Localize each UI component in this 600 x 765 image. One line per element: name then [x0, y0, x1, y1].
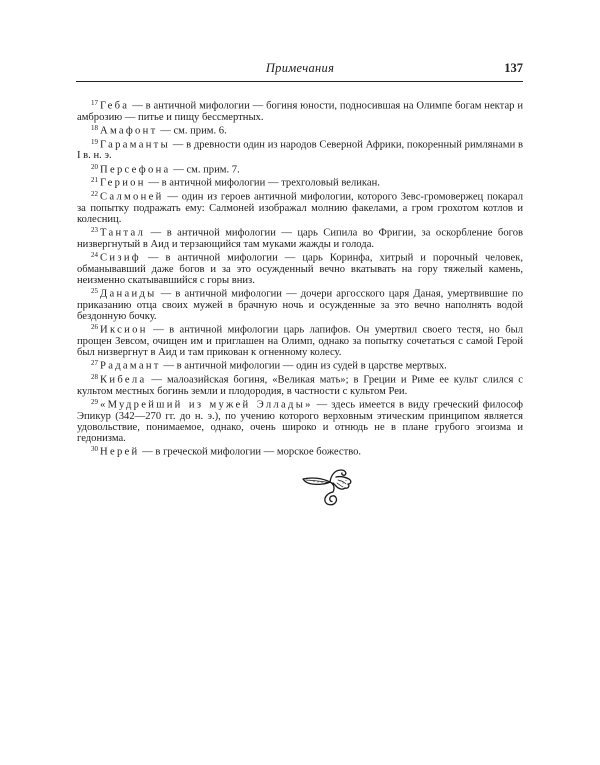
note-number: 23 — [91, 226, 98, 234]
note-17: 17Геба — в античной мифологии — богиня ю… — [77, 98, 523, 123]
note-30: 30Нерей — в греческой мифологии — морско… — [77, 444, 523, 458]
note-21: 21Герион — в античной мифологии — трехго… — [77, 175, 523, 189]
note-number: 25 — [91, 287, 98, 295]
note-headword: «Мудрейший из мужей Эллады» — [100, 399, 313, 410]
note-headword: Данаиды — [100, 289, 157, 300]
note-headword: Салмоней — [100, 191, 164, 202]
acanthus-ornament-icon — [300, 466, 354, 508]
note-number: 22 — [91, 190, 98, 198]
running-head: Примечания 137 — [77, 60, 523, 78]
note-text: — в античной мифологии — царь Коринфа, х… — [77, 252, 523, 285]
note-number: 18 — [91, 124, 98, 132]
note-text: — в античной мифологии — богиня юности, … — [77, 101, 523, 123]
running-title: Примечания — [77, 61, 523, 76]
note-20: 20Персефона — см. прим. 7. — [77, 162, 523, 176]
note-number: 27 — [91, 359, 98, 367]
note-text: — см. прим. 7. — [171, 164, 240, 175]
note-number: 19 — [91, 138, 98, 146]
note-headword: Герион — [100, 178, 146, 189]
note-headword: Персефона — [100, 164, 171, 175]
note-23: 23Тантал — в античной мифологии — царь С… — [77, 225, 523, 250]
note-24: 24Сизиф — в античной мифологии — царь Ко… — [77, 250, 523, 286]
note-headword: Иксион — [100, 325, 148, 336]
note-text: — в античной мифологии — трехголовый вел… — [146, 178, 380, 189]
note-number: 29 — [91, 398, 98, 406]
note-text: — в античной мифологии — один из судей в… — [161, 361, 447, 372]
note-headword: Геба — [100, 101, 129, 112]
note-19: 19Гараманты — в древности один из народо… — [77, 137, 523, 162]
notes-list: 17Геба — в античной мифологии — богиня ю… — [77, 98, 523, 458]
book-page: Примечания 137 17Геба — в античной мифол… — [0, 0, 600, 765]
note-number: 21 — [91, 176, 98, 184]
note-26: 26Иксион — в античной мифологии царь лап… — [77, 322, 523, 358]
note-headword: Кибела — [100, 374, 146, 385]
header-rule — [76, 81, 523, 82]
note-28: 28Кибела — малоазийская богиня, «Великая… — [77, 372, 523, 397]
note-number: 17 — [91, 99, 98, 107]
note-headword: Нерей — [100, 447, 140, 458]
note-headword: Тантал — [100, 228, 145, 239]
note-29: 29«Мудрейший из мужей Эллады» — здесь им… — [77, 397, 523, 444]
note-headword: Гараманты — [100, 139, 170, 150]
note-text: — в греческой мифологии — морское божест… — [140, 447, 362, 458]
note-number: 28 — [91, 373, 98, 381]
note-number: 26 — [91, 323, 98, 331]
note-22: 22Салмоней — один из героев античной миф… — [77, 189, 523, 225]
note-27: 27Радамант — в античной мифологии — один… — [77, 358, 523, 372]
note-number: 30 — [91, 445, 98, 453]
note-headword: Амафонт — [100, 125, 158, 136]
note-number: 24 — [91, 251, 98, 259]
note-headword: Сизиф — [100, 252, 141, 263]
note-25: 25Данаиды — в античной мифологии — дочер… — [77, 286, 523, 322]
note-18: 18Амафонт — см. прим. 6. — [77, 123, 523, 137]
note-headword: Радамант — [100, 361, 161, 372]
note-number: 20 — [91, 163, 98, 171]
note-text: — см. прим. 6. — [158, 125, 227, 136]
page-number: 137 — [504, 61, 523, 76]
